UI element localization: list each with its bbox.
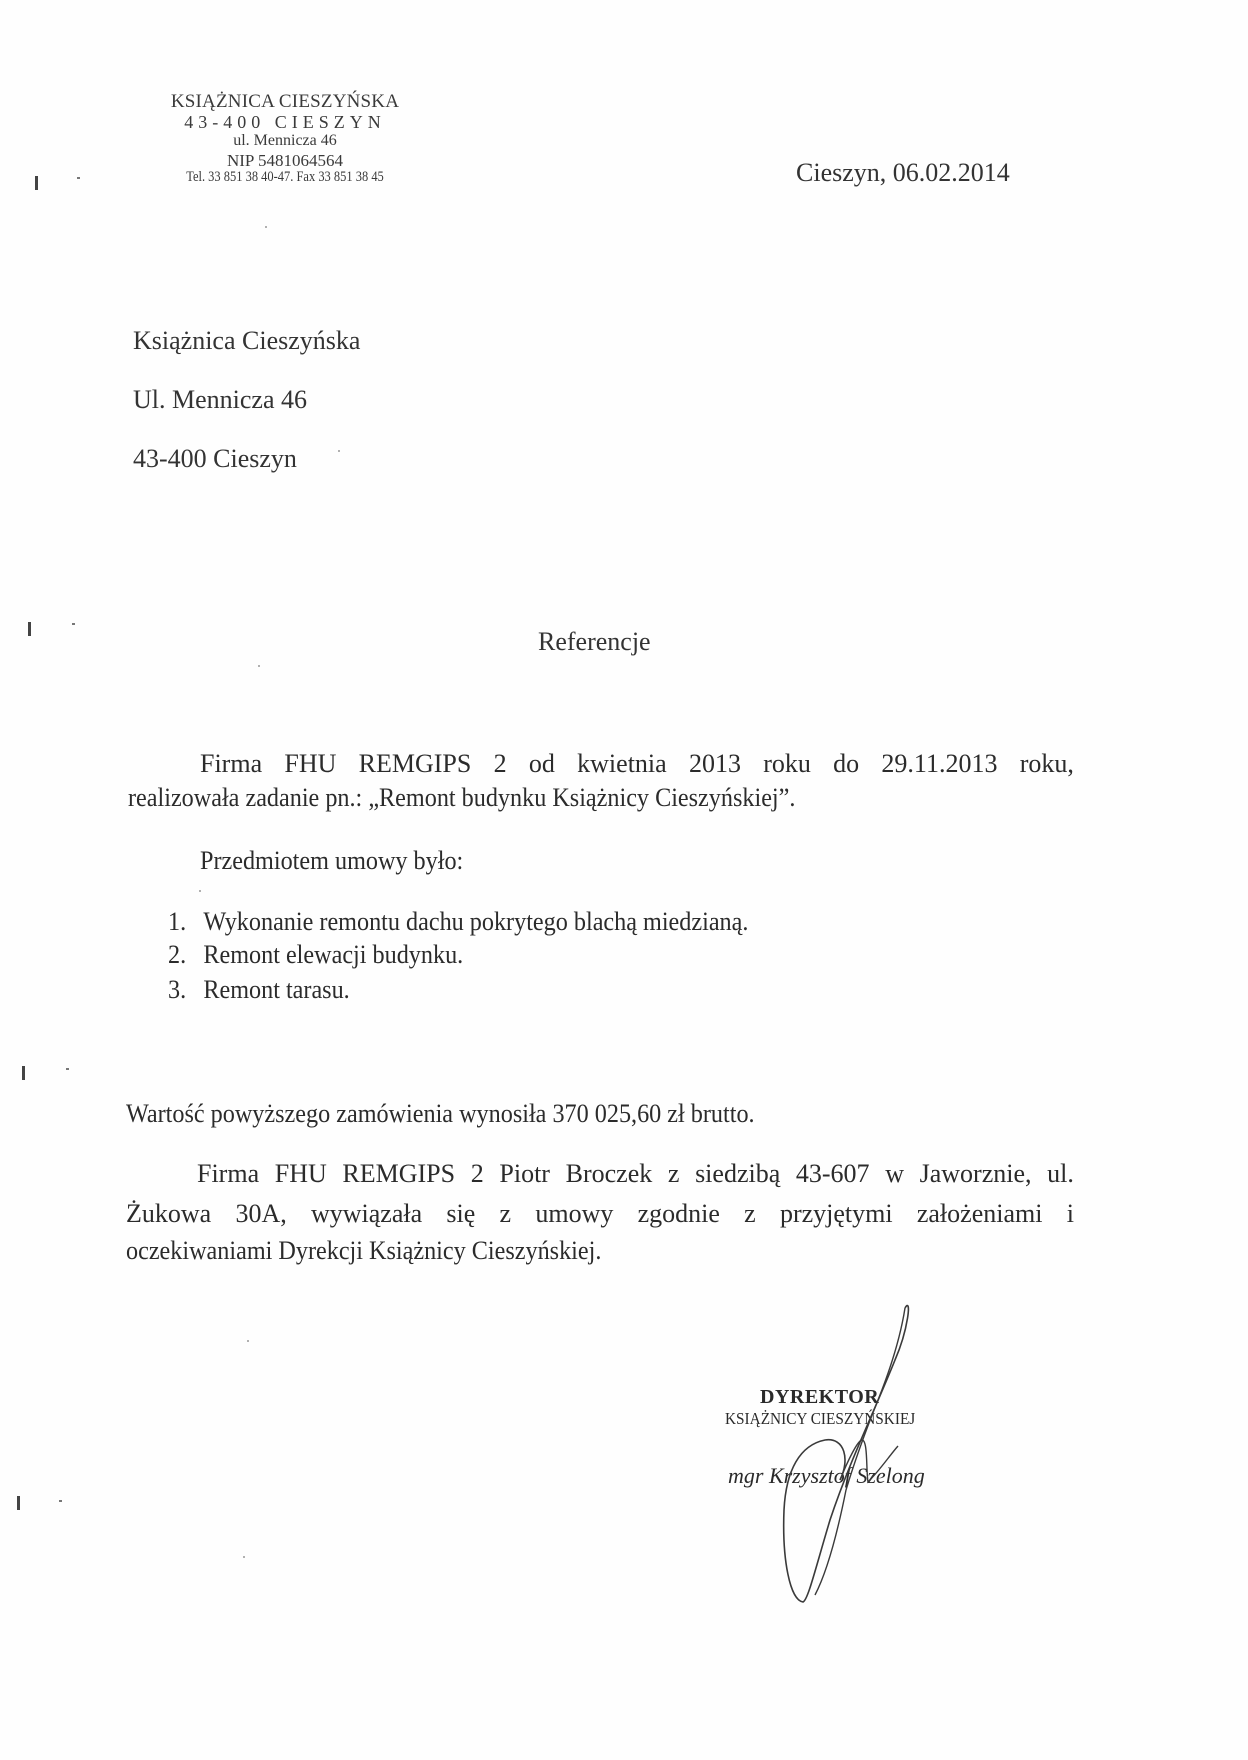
scan-speck xyxy=(72,623,75,625)
word: Żukowa xyxy=(126,1199,211,1229)
contract-list-item: 2.Remont elewacji budynku. xyxy=(168,940,463,970)
paragraph1-line2: realizowała zadanie pn.: „Remont budynku… xyxy=(128,783,795,813)
word: wywiązała xyxy=(311,1199,422,1229)
stamp-contact: Tel. 33 851 38 40-47. Fax 33 851 38 45 xyxy=(160,170,409,185)
word: 43-607 xyxy=(796,1159,870,1189)
stamp-nip: NIP 5481064564 xyxy=(140,152,430,170)
word: założeniami xyxy=(917,1199,1043,1229)
stamp-org-name: KSIĄŻNICA CIESZYŃSKA xyxy=(140,92,430,113)
word: FHU xyxy=(275,1159,327,1189)
paragraph1-line1: FirmaFHUREMGIPS2odkwietnia2013rokudo29.1… xyxy=(200,749,1074,779)
word: w xyxy=(885,1159,904,1189)
scan-speck xyxy=(66,1068,69,1070)
list-text: Wykonanie remontu dachu pokrytego blachą… xyxy=(203,907,748,936)
handwritten-signature xyxy=(0,0,1248,1760)
word: Jaworznie, xyxy=(920,1159,1032,1189)
recipient-name: Książnica Cieszyńska xyxy=(133,326,360,356)
word: siedzibą xyxy=(695,1159,780,1189)
word: z xyxy=(500,1199,512,1229)
word: umowy xyxy=(535,1199,613,1229)
word: z xyxy=(668,1159,680,1189)
scan-speck xyxy=(338,450,340,452)
punch-mark xyxy=(17,1496,20,1510)
punch-mark xyxy=(35,176,38,190)
word: 2 xyxy=(471,1159,484,1189)
word: ul. xyxy=(1047,1159,1074,1189)
word: roku, xyxy=(1020,749,1074,779)
word: roku xyxy=(763,749,811,779)
recipient-postal-city: 43-400 Cieszyn xyxy=(133,444,297,474)
word: do xyxy=(833,749,859,779)
document-page: KSIĄŻNICA CIESZYŃSKA 43-400 CIESZYN ul. … xyxy=(0,0,1248,1760)
order-value-line: Wartość powyższego zamówienia wynosiła 3… xyxy=(126,1099,755,1129)
word: kwietnia xyxy=(577,749,667,779)
word: z xyxy=(744,1199,756,1229)
scan-speck xyxy=(265,226,267,228)
letter-title: Referencje xyxy=(538,627,651,657)
word: 30A, xyxy=(235,1199,286,1229)
word: FHU xyxy=(284,749,336,779)
word: i xyxy=(1067,1199,1074,1229)
contract-intro: Przedmiotem umowy było: xyxy=(200,846,463,876)
paragraph3-line1: FirmaFHUREMGIPS2PiotrBroczekzsiedzibą43-… xyxy=(197,1159,1074,1189)
signatory-title: DYREKTOR xyxy=(760,1386,879,1409)
scan-speck xyxy=(247,1340,249,1342)
paragraph3-line2: Żukowa30A,wywiązałasięzumowyzgodniezprzy… xyxy=(126,1199,1074,1229)
scan-speck xyxy=(59,1500,62,1502)
word: 29.11.2013 xyxy=(881,749,997,779)
stamp-postal-city: 43-400 CIESZYN xyxy=(140,113,430,133)
contract-list-item: 1.Wykonanie remontu dachu pokrytego blac… xyxy=(168,907,748,937)
list-text: Remont elewacji budynku. xyxy=(203,940,463,969)
paragraph3-line3: oczekiwaniami Dyrekcji Książnicy Cieszyń… xyxy=(126,1236,601,1266)
word: Firma xyxy=(200,749,262,779)
contract-list-item: 3.Remont tarasu. xyxy=(168,975,350,1005)
scan-speck xyxy=(77,177,80,179)
word: REMGIPS xyxy=(359,749,472,779)
word: REMGIPS xyxy=(342,1159,455,1189)
stamp-street: ul. Mennicza 46 xyxy=(140,133,430,152)
word: 2013 xyxy=(689,749,741,779)
word: 2 xyxy=(494,749,507,779)
list-text: Remont tarasu. xyxy=(203,975,349,1004)
word: Piotr xyxy=(499,1159,550,1189)
signatory-organization: KSIĄŻNICY CIESZYŃSKIEJ xyxy=(725,1409,915,1429)
punch-mark xyxy=(28,622,31,636)
signatory-name: mgr Krzysztof Szelong xyxy=(728,1463,925,1489)
sender-stamp: KSIĄŻNICA CIESZYŃSKA 43-400 CIESZYN ul. … xyxy=(140,92,430,185)
word: zgodnie xyxy=(638,1199,720,1229)
recipient-street: Ul. Mennicza 46 xyxy=(133,385,307,415)
list-number: 1. xyxy=(168,907,203,937)
word: Firma xyxy=(197,1159,259,1189)
word: od xyxy=(529,749,555,779)
word: przyjętymi xyxy=(780,1199,893,1229)
scan-speck xyxy=(243,1556,245,1558)
list-number: 2. xyxy=(168,940,203,970)
word: się xyxy=(446,1199,475,1229)
scan-speck xyxy=(199,890,201,892)
letter-date: Cieszyn, 06.02.2014 xyxy=(796,158,1010,188)
scan-speck xyxy=(258,665,260,667)
list-number: 3. xyxy=(168,975,203,1005)
word: Broczek xyxy=(566,1159,653,1189)
punch-mark xyxy=(22,1066,25,1080)
